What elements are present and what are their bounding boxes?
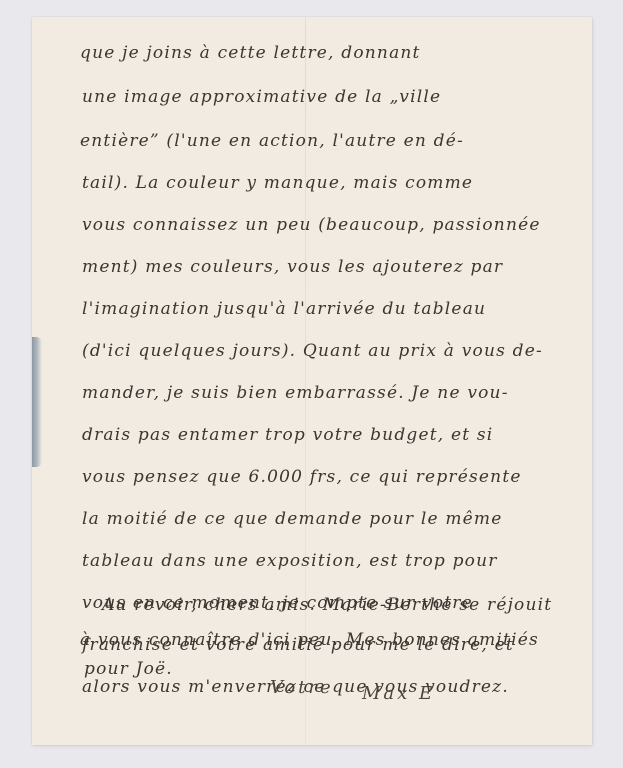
letter-line-17: Au revoir, chers amis. Marie-Berthe se r… <box>102 595 552 615</box>
letter-page-lower: Au revoir, chers amis. Marie-Berthe se r… <box>32 17 592 745</box>
letter-line-19: pour Joë. <box>84 659 173 679</box>
letter-closing: Votre <box>270 677 334 698</box>
letter-line-18: à vous connaître d'ici peu. Mes bonnes a… <box>80 630 539 650</box>
letter-signature: Max E <box>362 683 435 704</box>
